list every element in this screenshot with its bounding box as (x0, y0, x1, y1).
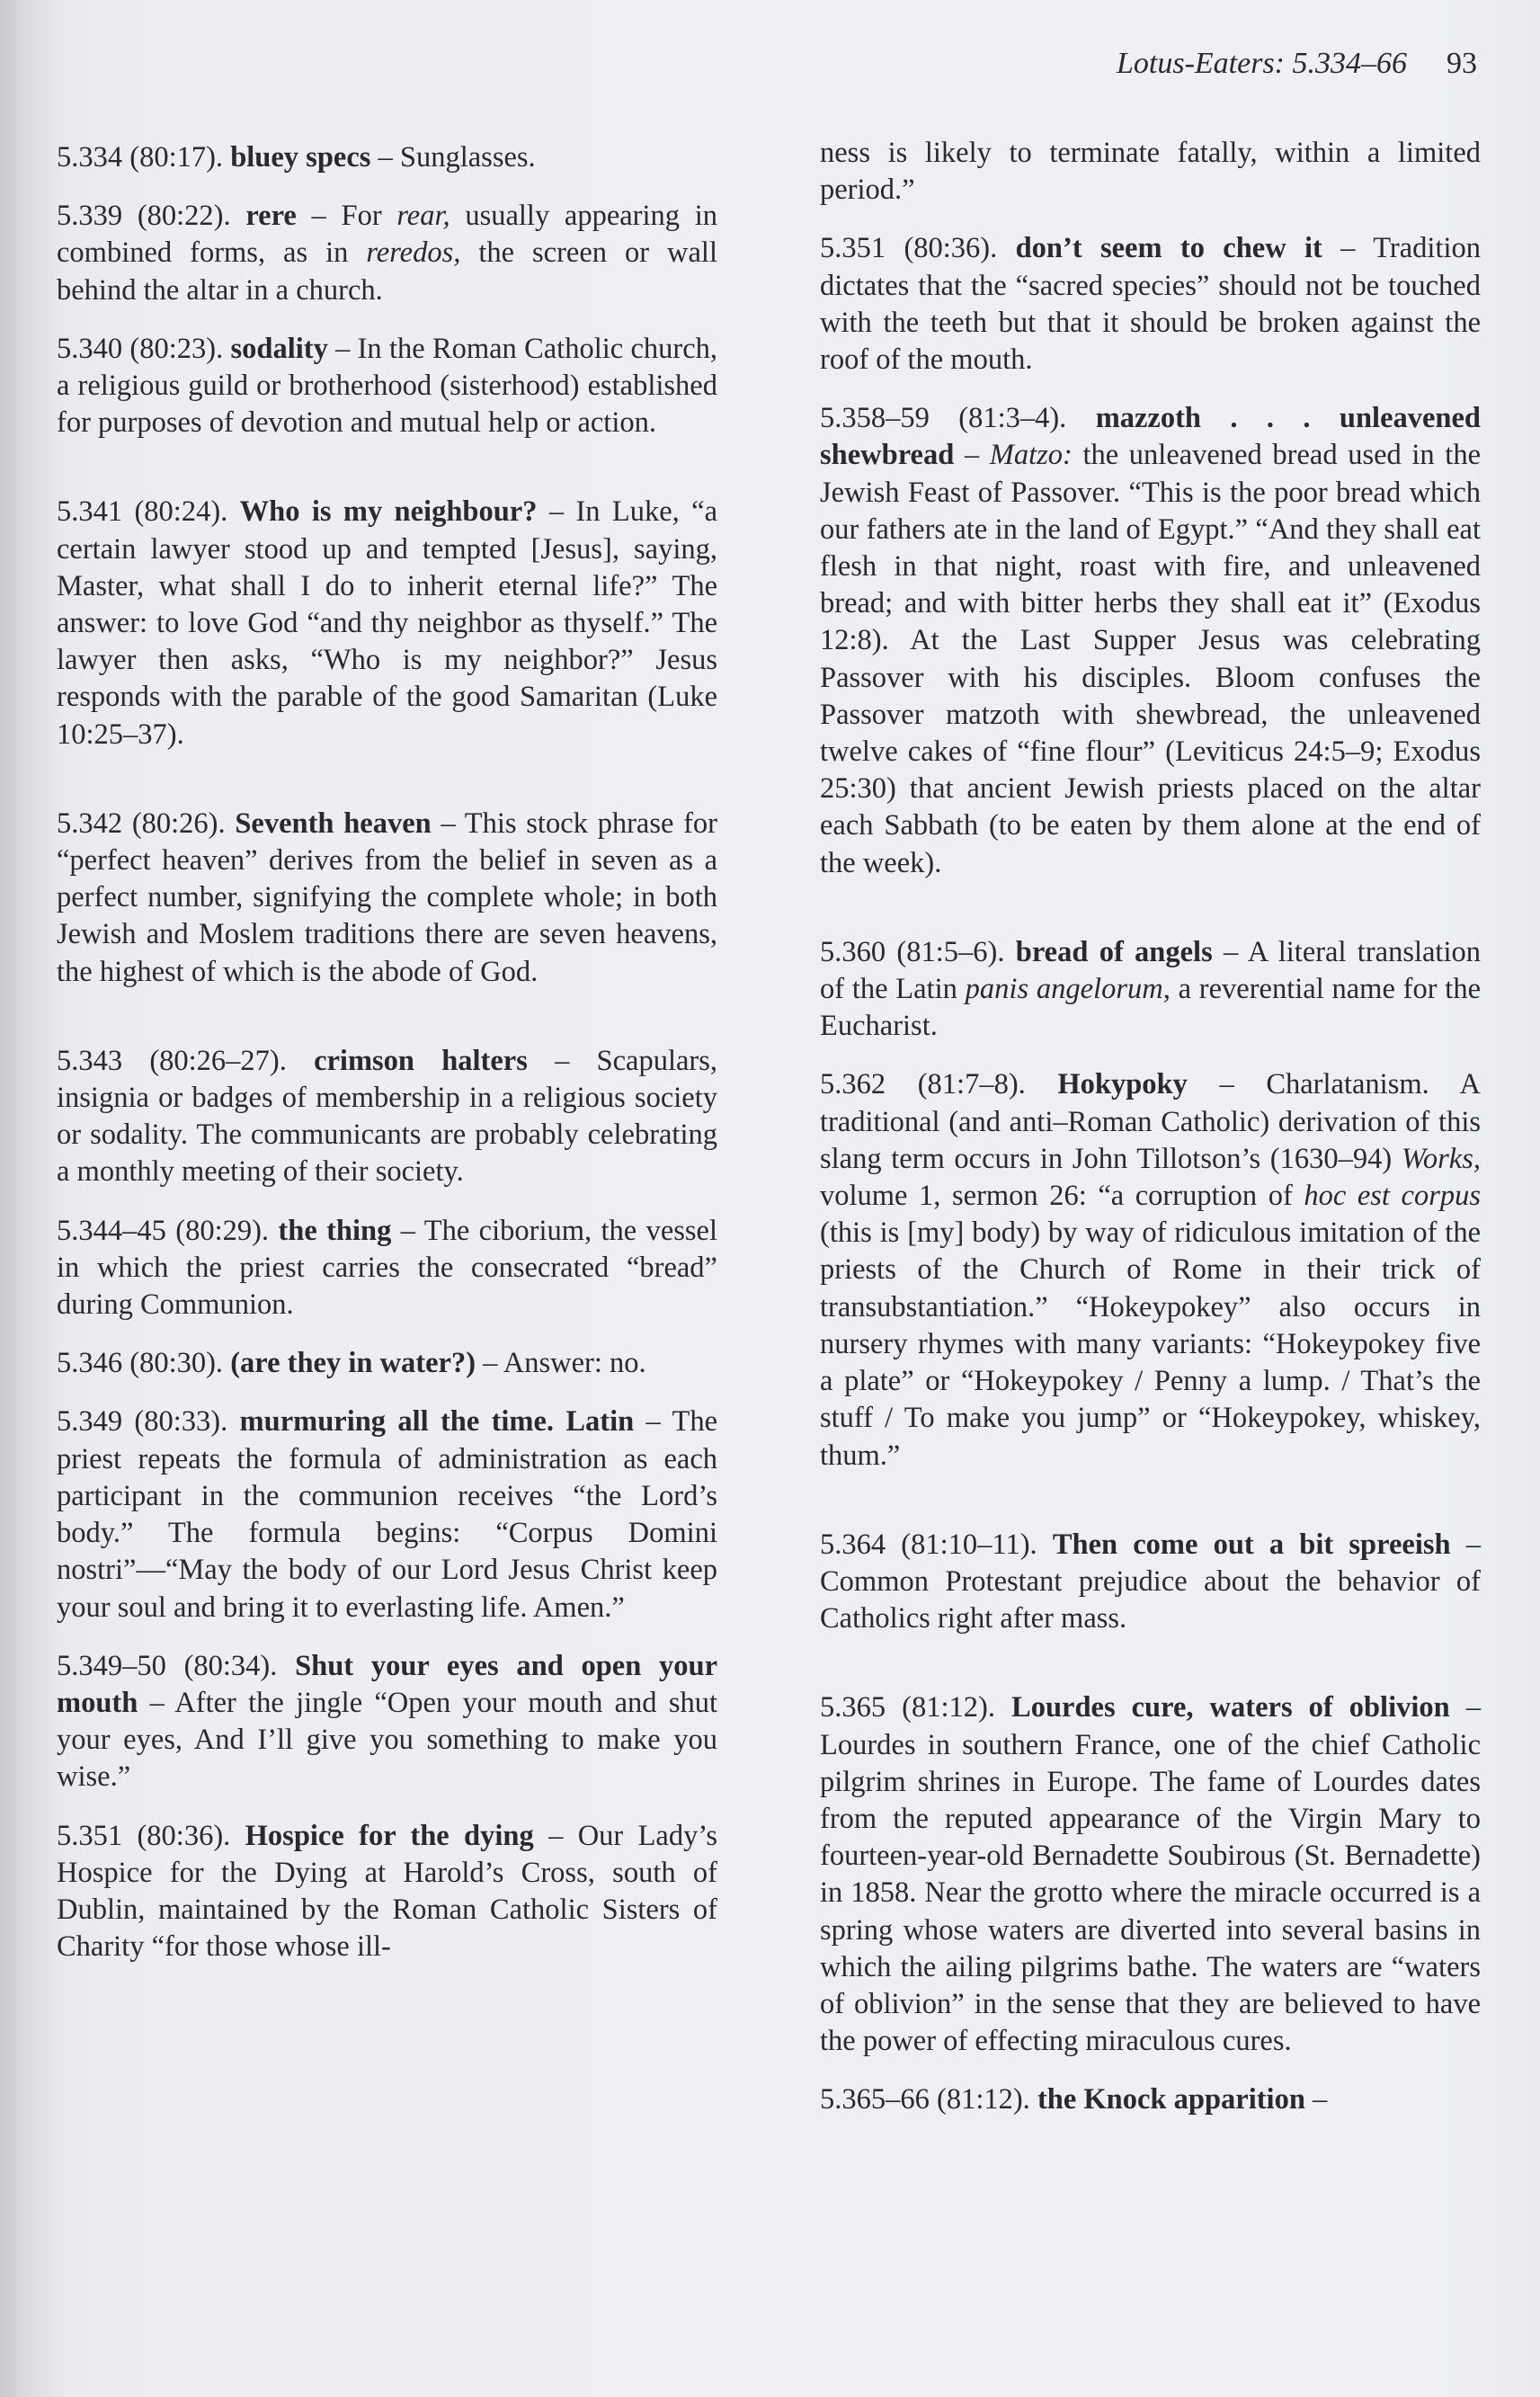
annotation-entry: 5.346 (80:30). (are they in water?) – An… (57, 1345, 717, 1382)
annotation-entry: 5.339 (80:22). rere – For rear, usually … (57, 198, 717, 309)
annotation-entry: 5.349–50 (80:34). Shut your eyes and ope… (57, 1648, 717, 1796)
annotation-entry: 5.365 (81:12). Lourdes cure, waters of o… (820, 1689, 1481, 2060)
entry-reference: 5.340 (80:23). (57, 333, 223, 365)
entry-lemma: bread of angels (1016, 936, 1213, 968)
entry-reference: 5.342 (80:26). (57, 807, 226, 840)
entry-reference: 5.349–50 (80:34). (57, 1650, 277, 1682)
entry-lemma: Then come out a bit spreeish (1053, 1528, 1451, 1561)
annotation-entry: 5.349 (80:33). murmuring all the time. L… (57, 1403, 717, 1626)
annotation-entry: 5.351 (80:36). don’t seem to chew it – T… (820, 230, 1481, 379)
entry-lemma: don’t seem to chew it (1016, 232, 1322, 264)
entry-reference: 5.341 (80:24). (57, 495, 227, 528)
annotation-entry: 5.351 (80:36). Hospice for the dying – O… (57, 1818, 717, 1966)
continued-text: ness is likely to terminate fatally, wit… (820, 135, 1481, 209)
entry-lemma: Hospice for the dying (245, 1820, 534, 1852)
entry-reference: 5.346 (80:30). (57, 1347, 223, 1379)
entry-reference: 5.358–59 (81:3–4). (820, 402, 1066, 434)
entry-reference: 5.365 (81:12). (820, 1691, 995, 1724)
annotation-entry: 5.358–59 (81:3–4). mazzoth . . . unleave… (820, 400, 1481, 882)
entry-lemma: Who is my neighbour? (240, 495, 538, 528)
entry-reference: 5.343 (80:26–27). (57, 1045, 287, 1077)
entry-lemma: (are they in water?) (230, 1347, 476, 1379)
entry-reference: 5.334 (80:17). (57, 141, 223, 174)
running-head: Lotus-Eaters: 5.334–66 93 (1117, 47, 1477, 81)
entry-reference: 5.360 (81:5–6). (820, 936, 1004, 968)
entry-gloss: Common Protestant prejudice about the be… (820, 1565, 1481, 1635)
annotation-entry: 5.360 (81:5–6). bread of angels – A lite… (820, 934, 1481, 1046)
annotation-entry: 5.343 (80:26–27). crimson halters – Scap… (57, 1043, 717, 1191)
left-column: 5.334 (80:17). bluey specs – Sunglasses.… (57, 139, 717, 1987)
entry-gloss: Lourdes in southern France, one of the c… (820, 1729, 1481, 2058)
annotation-entry: 5.364 (81:10–11). Then come out a bit sp… (820, 1527, 1481, 1638)
annotation-entry: 5.340 (80:23). sodality – In the Roman C… (57, 331, 717, 442)
entry-lemma: sodality (230, 333, 327, 365)
annotation-entry: 5.362 (81:7–8). Hokypoky – Charlatanism.… (820, 1066, 1481, 1474)
entry-lemma: the Knock apparition (1037, 2083, 1305, 2116)
entry-lemma: rere (245, 200, 297, 232)
running-title: Lotus-Eaters: 5.334–66 (1117, 47, 1407, 81)
entry-lemma: Hokypoky (1057, 1068, 1188, 1100)
right-column: ness is likely to terminate fatally, wit… (820, 135, 1481, 2141)
entry-reference: 5.351 (80:36). (57, 1820, 230, 1852)
entry-reference: 5.351 (80:36). (820, 232, 997, 264)
entry-reference: 5.349 (80:33). (57, 1405, 227, 1438)
entry-reference: 5.365–66 (81:12). (820, 2083, 1030, 2116)
annotation-entry: 5.342 (80:26). Seventh heaven – This sto… (57, 806, 717, 991)
entry-gloss: The priest repeats the formula of admini… (57, 1405, 717, 1623)
annotation-entry: 5.334 (80:17). bluey specs – Sunglasses. (57, 139, 717, 176)
entry-gloss: the unleavened bread used in the Jewish … (820, 439, 1481, 878)
entry-reference: 5.344–45 (80:29). (57, 1215, 269, 1247)
entry-reference: 5.339 (80:22). (57, 200, 231, 232)
annotation-entry: 5.365–66 (81:12). the Knock apparition – (820, 2081, 1481, 2118)
entry-reference: 5.362 (81:7–8). (820, 1068, 1026, 1100)
entry-lemma: crimson halters (314, 1045, 528, 1077)
entry-lemma: Seventh heaven (235, 807, 431, 840)
page-number: 93 (1447, 47, 1477, 81)
entry-gloss: Answer: no. (503, 1347, 646, 1379)
entry-gloss: Sunglasses. (400, 141, 536, 174)
entry-lemma: the thing (278, 1215, 391, 1247)
annotation-entry: 5.344–45 (80:29). the thing – The cibori… (57, 1213, 717, 1324)
entry-lemma: murmuring all the time. Latin (240, 1405, 635, 1438)
entry-gloss: In Luke, “a certain lawyer stood up and … (57, 495, 717, 750)
annotation-entry: 5.341 (80:24). Who is my neighbour? – In… (57, 494, 717, 753)
entry-reference: 5.364 (81:10–11). (820, 1528, 1037, 1561)
entry-lemma: bluey specs (230, 141, 370, 174)
entry-lemma: Lourdes cure, waters of oblivion (1011, 1691, 1450, 1724)
